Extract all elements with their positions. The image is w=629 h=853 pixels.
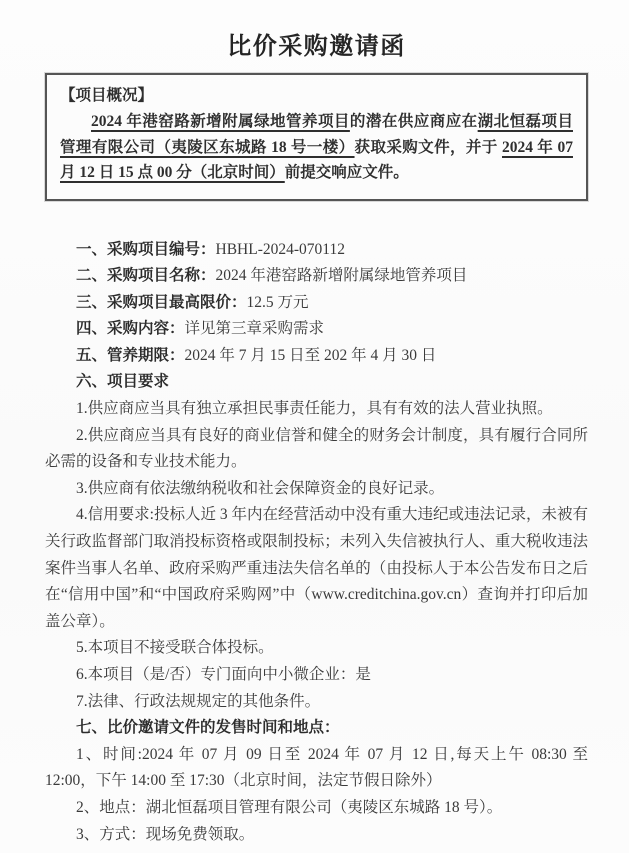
line-project-name: 二、采购项目名称：2024 年港窑路新增附属绿地管养项目 (45, 263, 588, 290)
line-requirement-4: 4.信用要求:投标人近 3 年内在经营活动中没有重大违纪或违法记录，未被有关行政… (45, 502, 588, 635)
overview-segment: 前提交响应文件。 (285, 164, 409, 181)
line-requirement-6: 6.本项目（是/否）专门面向中小微企业：是 (45, 662, 588, 689)
line-requirement-7: 7.法律、行政法规规定的其他条件。 (45, 689, 588, 716)
line-requirements-heading: 六、项目要求 (45, 369, 588, 396)
line-issue-heading: 七、比价邀请文件的发售时间和地点： (45, 715, 588, 742)
line-requirement-1: 1.供应商应当具有独立承担民事责任能力，具有有效的法人营业执照。 (45, 396, 588, 423)
line-max-price: 三、采购项目最高限价：12.5 万元 (45, 290, 588, 317)
page-title: 比价采购邀请函 (45, 26, 588, 61)
line-project-number: 一、采购项目编号：HBHL-2024-070112 (45, 237, 588, 264)
line-purchase-content: 四、采购内容：详见第三章采购需求 (45, 316, 588, 343)
line-requirement-5: 5.本项目不接受联合体投标。 (45, 635, 588, 662)
overview-segment: 2024 年港窑路新增附属绿地管养项目 (91, 113, 350, 130)
overview-segment: 获取采购文件，并于 (355, 139, 502, 156)
overview-segment: 的潜在供应商应在 (350, 113, 478, 130)
document-body: 一、采购项目编号：HBHL-2024-070112 二、采购项目名称：2024 … (45, 237, 588, 849)
overview-paragraph: 2024 年港窑路新增附属绿地管养项目的潜在供应商应在湖北恒磊项目管理有限公司（… (60, 109, 573, 186)
overview-heading: 【项目概况】 (60, 83, 573, 109)
line-issue-method: 3、方式：现场免费领取。 (45, 822, 588, 849)
line-issue-time: 1、时间:2024 年 07 月 09 日至 2024 年 07 月 12 日,… (45, 742, 588, 795)
line-maintenance-period: 五、管养期限：2024 年 7 月 15 日至 202 年 4 月 30 日 (45, 343, 588, 370)
line-requirement-2: 2.供应商应当具有良好的商业信誉和健全的财务会计制度，具有履行合同所必需的设备和… (45, 423, 588, 476)
line-issue-place: 2、地点：湖北恒磊项目管理有限公司（夷陵区东城路 18 号）。 (45, 795, 588, 822)
project-overview-box: 【项目概况】 2024 年港窑路新增附属绿地管养项目的潜在供应商应在湖北恒磊项目… (45, 73, 588, 201)
document-page: 比价采购邀请函 【项目概况】 2024 年港窑路新增附属绿地管养项目的潜在供应商… (0, 0, 629, 853)
line-requirement-3: 3.供应商有依法缴纳税收和社会保障资金的良好记录。 (45, 476, 588, 503)
